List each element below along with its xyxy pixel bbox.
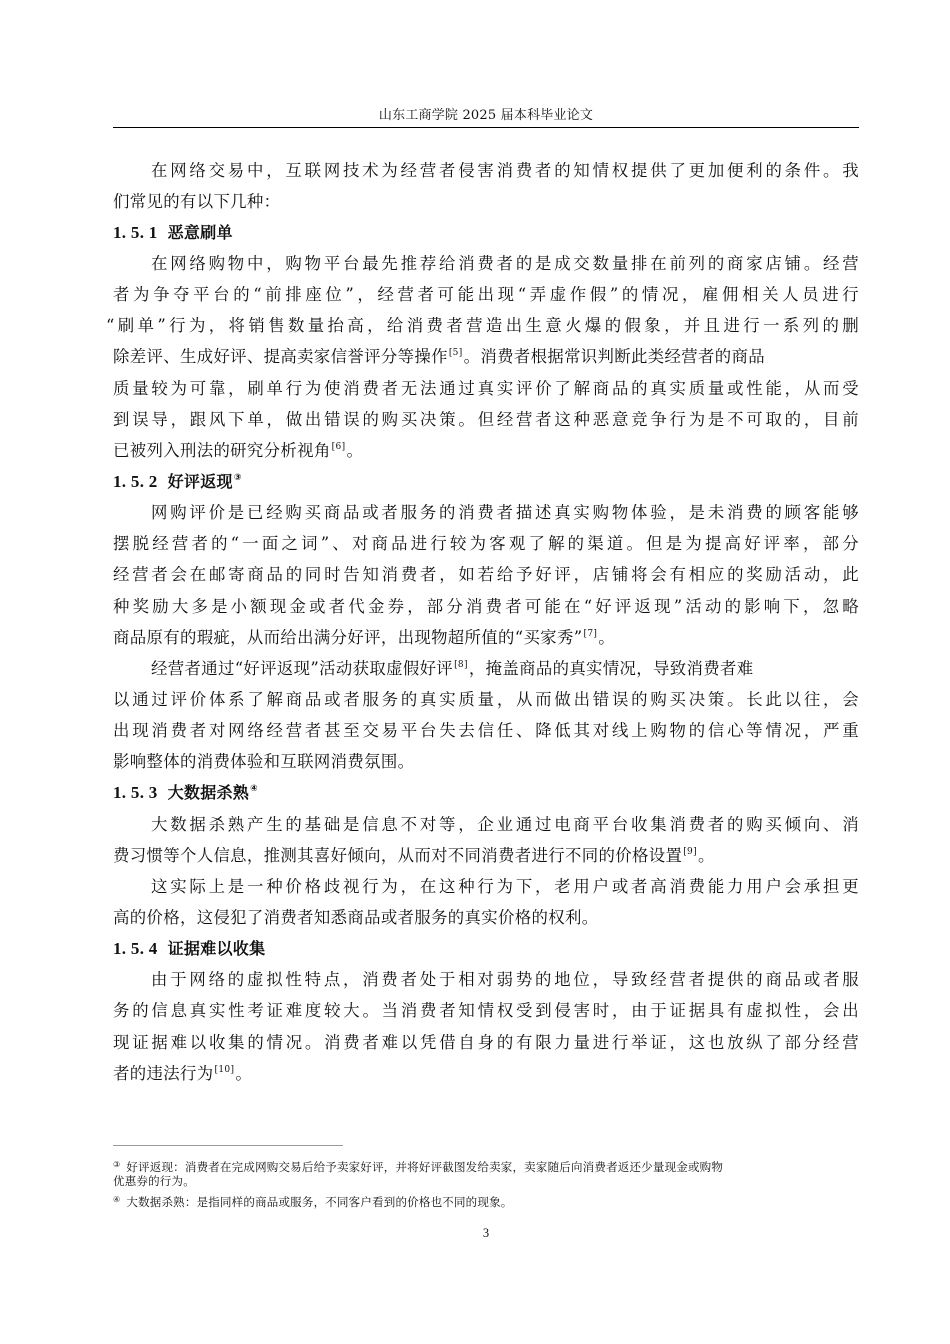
body-line: “刷单”行为，将销售数量抬高，给消费者营造出生意火爆的假象，并且进行一系列的删: [106, 310, 859, 341]
citation: [7]: [583, 629, 597, 639]
body-line: 影响整体的消费体验和互联网消费氛围。: [113, 746, 859, 777]
line-text: 。: [235, 1064, 252, 1083]
header-rule: [113, 127, 859, 128]
section-number: 1. 5. 1: [113, 223, 158, 242]
body-line: 除差评、生成好评、提高卖家信誉评分等操作[5]。消费者根据常识判断此类经营者的商…: [113, 341, 859, 372]
body-line: 经营者通过“好评返现”活动获取虚假好评[8]，掩盖商品的真实情况，导致消费者难: [113, 653, 859, 684]
line-text: ，掩盖商品的真实情况，导致消费者难: [469, 659, 754, 678]
line-text: 费习惯等个人信息，推测其喜好倾向，从而对不同消费者进行不同的价格设置: [113, 846, 682, 865]
section-number: 1. 5. 4: [113, 939, 158, 958]
section-heading: 1. 5. 4证据难以收集: [113, 933, 859, 964]
body-line: 质量较为可靠，刷单行为使消费者无法通过真实评价了解商品的真实质量或性能，从而受: [113, 373, 859, 404]
section-title: 好评返现: [168, 472, 233, 491]
body-line: 在网络交易中，互联网技术为经营者侵害消费者的知情权提供了更加便利的条件。我: [113, 155, 859, 186]
body-line: 以通过评价体系了解商品或者服务的真实质量，从而做出错误的购买决策。长此以往，会: [113, 684, 859, 715]
body-line: 费习惯等个人信息，推测其喜好倾向，从而对不同消费者进行不同的价格设置[9]。: [113, 840, 859, 871]
section-heading: 1. 5. 2好评返现③: [113, 466, 859, 497]
line-text: 商品原有的瑕疵，从而给出满分好评，出现物超所值的“买家秀”: [113, 628, 582, 647]
body-line: 经营者会在邮寄商品的同时告知消费者，如若给予好评，店铺将会有相应的奖励活动，此: [113, 559, 859, 590]
section-title: 恶意刷单: [168, 223, 233, 242]
body-line: 摆脱经营者的“一面之词”、对商品进行较为客观了解的渠道。但是为提高好评率，部分: [113, 528, 859, 559]
document-page: 山东工商学院 2025 届本科毕业论文 在网络交易中，互联网技术为经营者侵害消费…: [0, 0, 950, 1344]
citation: [9]: [683, 847, 697, 857]
line-text: 经营者通过“好评返现”活动获取虚假好评: [151, 659, 453, 678]
body-line: 者的违法行为[10]。: [113, 1058, 859, 1089]
citation: [8]: [454, 660, 468, 670]
body-line: 大数据杀熟产生的基础是信息不对等，企业通过电商平台收集消费者的购买倾向、消: [113, 809, 859, 840]
body-line: 出现消费者对网络经营者甚至交易平台失去信任、降低其对线上购物的信心等情况，严重: [113, 715, 859, 746]
body-line: 网购评价是已经购买商品或者服务的消费者描述真实购物体验，是未消费的顾客能够: [113, 497, 859, 528]
section-number: 1. 5. 2: [113, 472, 158, 491]
line-text: 者的违法行为: [113, 1064, 213, 1083]
citation: [10]: [214, 1065, 234, 1075]
section-heading: 1. 5. 1恶意刷单: [113, 217, 859, 248]
footnote-marker: ④: [250, 784, 258, 794]
footnote-marker: ④: [113, 1195, 120, 1204]
section-title: 大数据杀熟: [168, 783, 250, 802]
body-line: 种奖励大多是小额现金或者代金券，部分消费者可能在“好评返现”活动的影响下，忽略: [113, 591, 859, 622]
footnote: ④大数据杀熟：是指同样的商品或服务，不同客户看到的价格也不同的现象。: [113, 1192, 859, 1210]
body-line: 由于网络的虚拟性特点，消费者处于相对弱势的地位，导致经营者提供的商品或者服: [113, 964, 859, 995]
line-text: 已被列入刑法的研究分析视角: [113, 441, 331, 460]
section-number: 1. 5. 3: [113, 783, 158, 802]
line-text: 。消费者根据常识判断此类经营者的商品: [464, 347, 765, 366]
footnote-text: 大数据杀熟：是指同样的商品或服务，不同客户看到的价格也不同的现象。: [126, 1195, 512, 1209]
footnote-marker: ③: [113, 1160, 120, 1169]
line-text: 除差评、生成好评、提高卖家信誉评分等操作: [113, 347, 448, 366]
body-line: 商品原有的瑕疵，从而给出满分好评，出现物超所值的“买家秀”[7]。: [113, 622, 859, 653]
line-text: 。: [698, 846, 715, 865]
body-line: 到误导，跟风下单，做出错误的购买决策。但经营者这种恶意竞争行为是不可取的，目前: [113, 404, 859, 435]
body-line: 这实际上是一种价格歧视行为，在这种行为下，老用户或者高消费能力用户会承担更: [113, 871, 859, 902]
line-text: 。: [598, 628, 615, 647]
section-title: 证据难以收集: [168, 939, 266, 958]
footnote-marker: ③: [234, 473, 242, 483]
line-text: 。: [346, 441, 363, 460]
body-line: 们常见的有以下几种：: [113, 186, 859, 217]
citation: [5]: [449, 348, 463, 358]
footnote-text: 好评返现：消费者在完成网购交易后给予卖家好评，并将好评截图发给卖家，卖家随后向消…: [126, 1160, 723, 1174]
body-line: 已被列入刑法的研究分析视角[6]。: [113, 435, 859, 466]
body-line: 在网络购物中，购物平台最先推荐给消费者的是成交数量排在前列的商家店铺。经营: [113, 248, 859, 279]
section-heading: 1. 5. 3大数据杀熟④: [113, 777, 859, 808]
body-line: 现证据难以收集的情况。消费者难以凭借自身的有限力量进行举证，这也放纵了部分经营: [113, 1027, 859, 1058]
running-header: 山东工商学院 2025 届本科毕业论文: [113, 106, 859, 126]
page-number: 3: [113, 1226, 859, 1241]
body-line: 务的信息真实性考证难度较大。当消费者知情权受到侵害时，由于证据具有虚拟性，会出: [113, 995, 859, 1026]
footnote-separator: [113, 1145, 343, 1146]
body-line: 高的价格，这侵犯了消费者知悉商品或者服务的真实价格的权利。: [113, 902, 859, 933]
body-line: 者为争夺平台的“前排座位”，经营者可能出现“弄虚作假”的情况，雇佣相关人员进行: [113, 279, 859, 310]
footnote-continuation: 优惠券的行为。: [113, 1173, 859, 1189]
citation: [6]: [332, 442, 346, 452]
